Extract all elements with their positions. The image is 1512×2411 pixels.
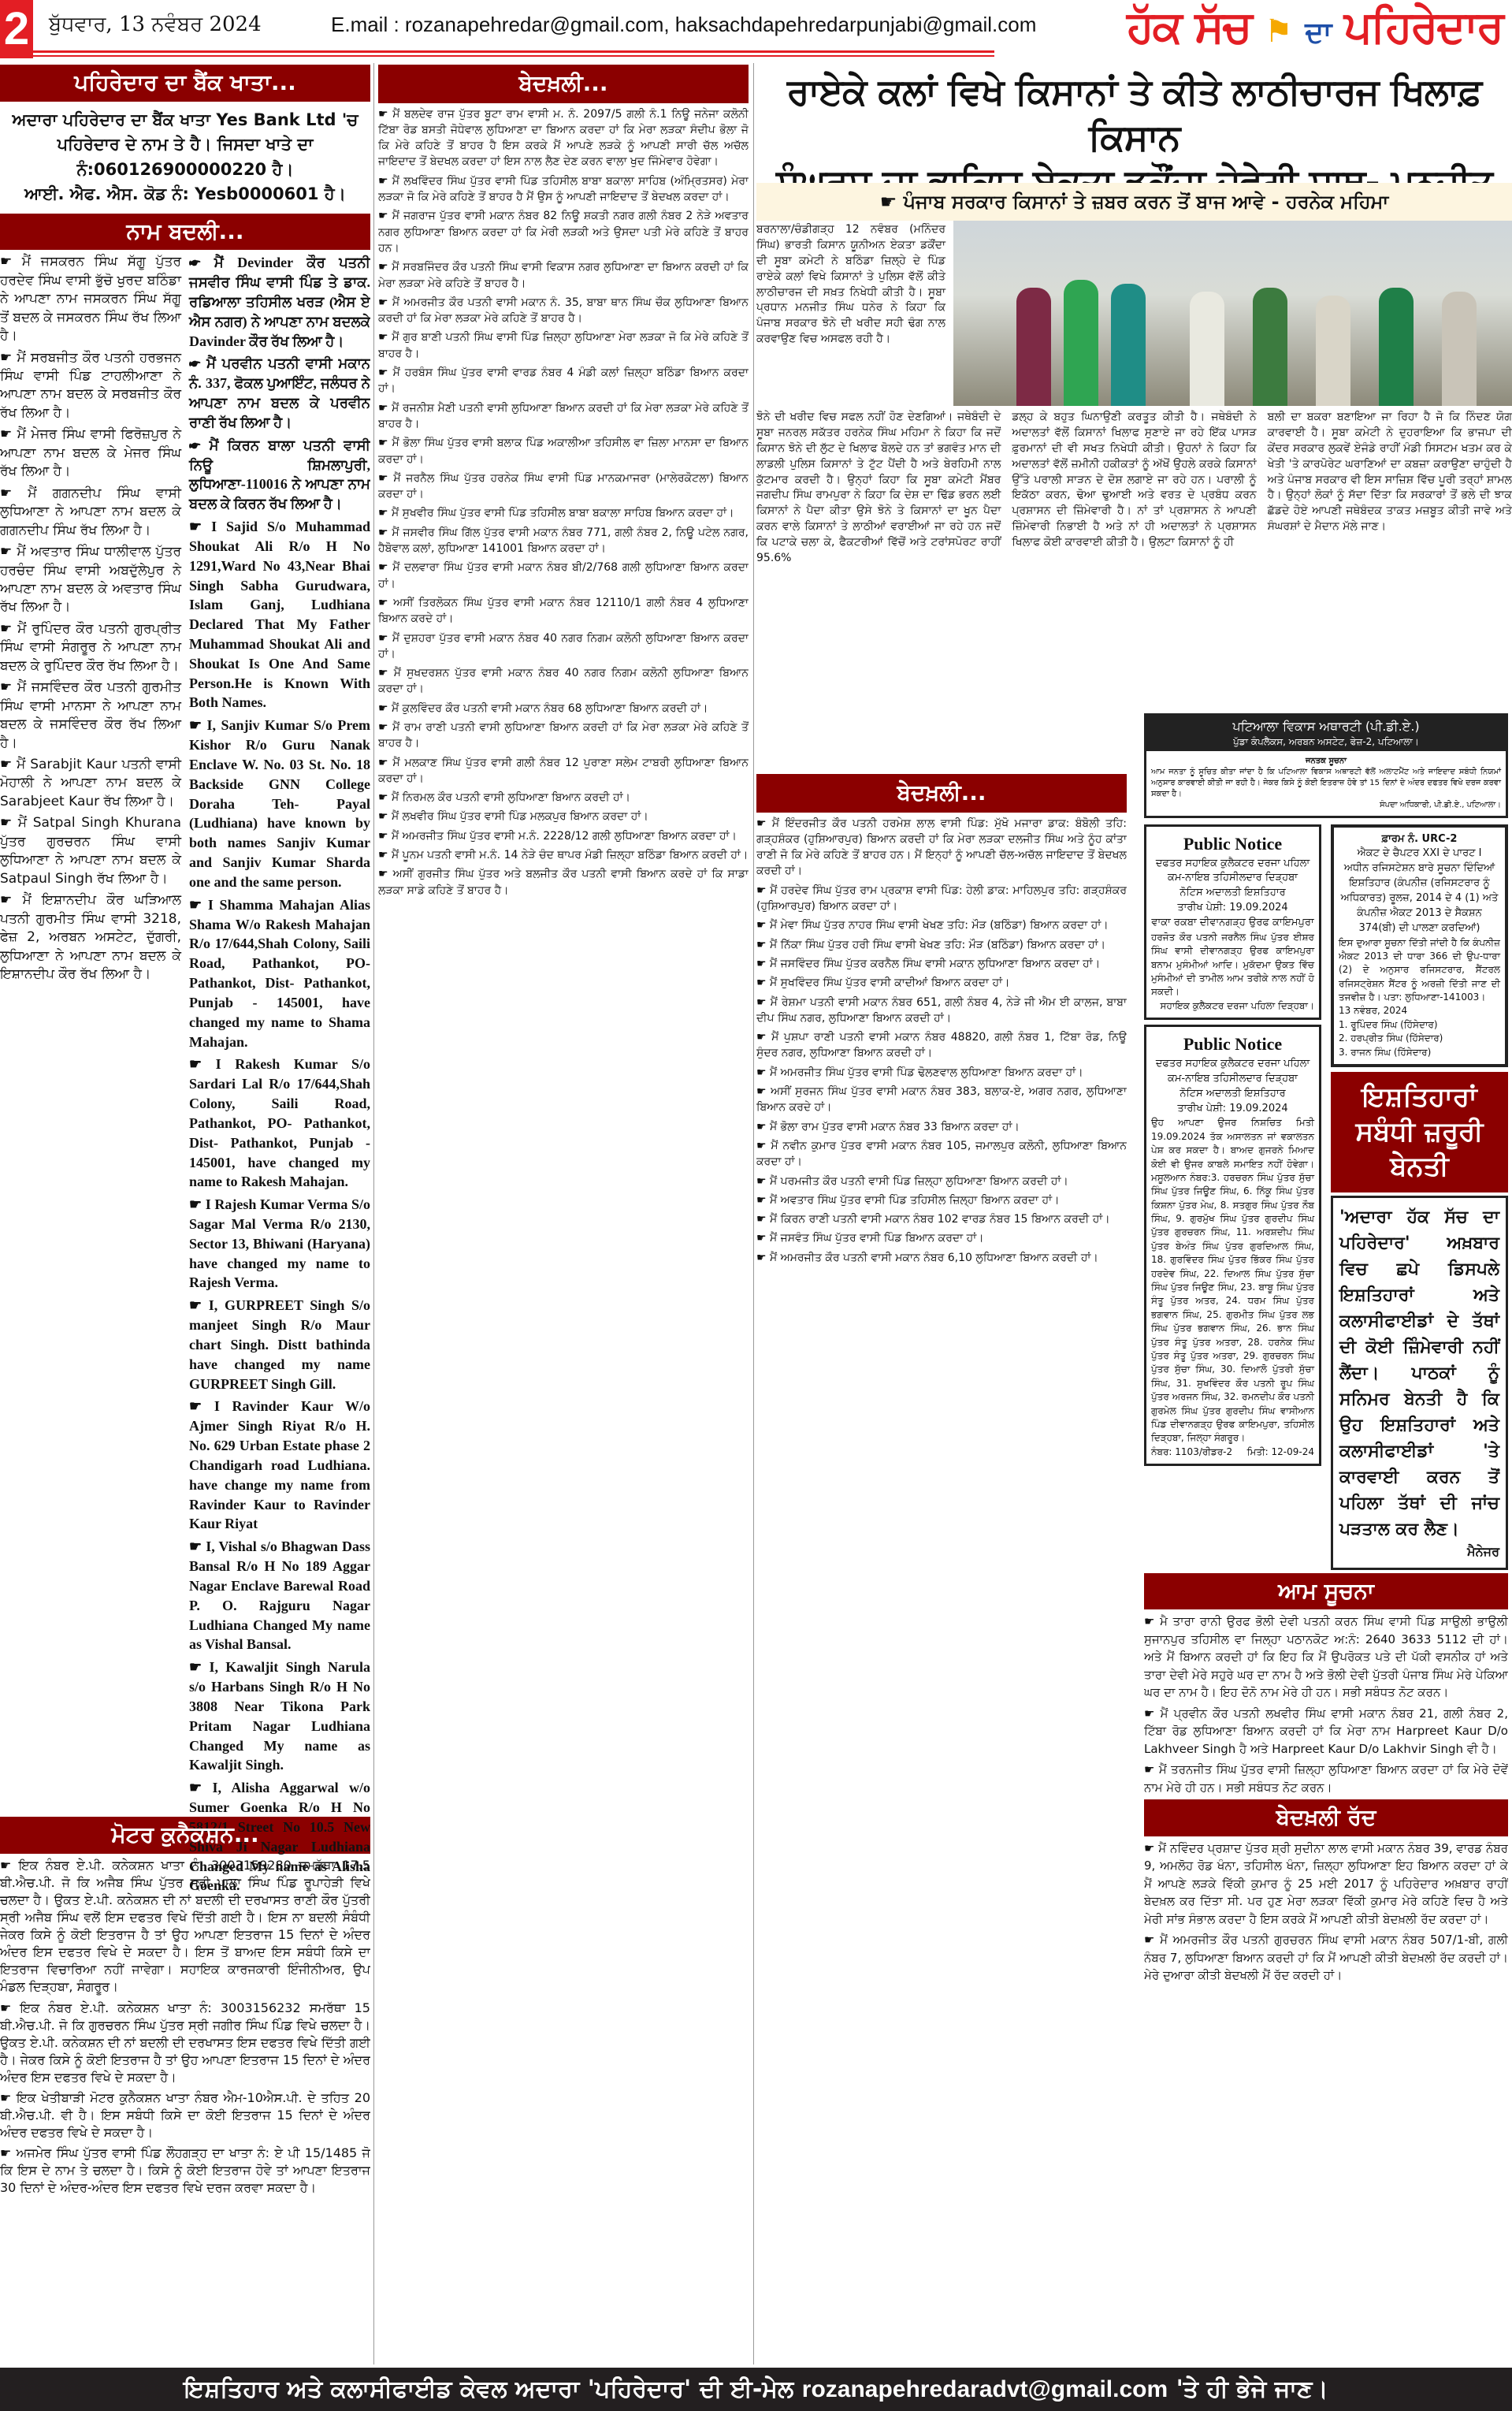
pda-signature: ਸੰਪਦਾ ਅਧਿਕਾਰੀ, ਪੀ.ਡੀ.ਏ., ਪਟਿਆਲਾ।: [1151, 800, 1501, 811]
right-ads-stack: ਫ਼ਾਰਮ ਨੰ. URC-2 ਐਕਟ ਦੇ ਚੈਪਟਰ XXI ਦੇ ਪਾਰਟ…: [1331, 824, 1508, 1570]
person-figure: [1064, 280, 1098, 406]
list-item: ☛ ਮੈਂ ਗੁਰ ਬਾਣੀ ਪਤਨੀ ਸਿੰਘ ਵਾਸੀ ਪਿੰਡ ਜ਼ਿਲ੍…: [378, 329, 749, 362]
person-figure: [1316, 296, 1350, 406]
page-number: 2: [0, 0, 33, 58]
list-item: ☛ ਮੈਂ ਅਵਤਾਰ ਸਿੰਘ ਪੁੱਤਰ ਵਾਸੀ ਪਿੰਡ ਤਹਿਸੀਲ …: [756, 1192, 1127, 1208]
logo-text: ਦਾ: [1305, 17, 1330, 49]
column-divider: [753, 63, 754, 2364]
person-figure: [1190, 292, 1224, 406]
section-heading-bedakhli: ਬੇਦਖ਼ਲੀ...: [378, 65, 749, 103]
public-notice-2: Public Notice ਦਫਤਰ ਸਹਾਇਕ ਕੁਲੈਕਟਰ ਦਰਜਾ ਪਹ…: [1144, 1025, 1321, 1466]
flag-icon: ⚑: [1265, 13, 1291, 50]
list-item: ☛ ਮੈਂ ਜਗਰਾਜ ਪੁੱਤਰ ਵਾਸੀ ਮਕਾਨ ਨੰਬਰ 82 ਨਿਊ …: [378, 208, 749, 256]
section-heading-general-notice: ਆਮ ਸੂਚਨਾ: [1144, 1573, 1508, 1610]
list-item: ☛ ਮੈਂ ਨਿਰਮਲ ਕੌਰ ਪਤਨੀ ਵਾਸੀ ਲੁਧਿਆਣਾ ਬਿਆਨ ਕ…: [378, 790, 749, 806]
notice-date: ਤਾਰੀਖ ਪੇਸ਼ੀ: 19.09.2024: [1151, 901, 1314, 916]
article-col: ਬਲੀ ਦਾ ਬਕਰਾ ਬਣਾਇਆ ਜਾ ਰਿਹਾ ਹੈ ਜੋ ਕਿ ਨਿੰਦਣ…: [1268, 410, 1512, 567]
list-item: ☛ ਮੈਂ ਜਸਵਿੰਦਰ ਕੌਰ ਪਤਨੀ ਗੁਰਮੀਤ ਸਿੰਘ ਵਾਸੀ …: [0, 679, 181, 753]
logo-text: ਪਹਿਰੇਦਾਰ: [1344, 2, 1503, 53]
list-item: ☛ ਮੈਂ ਜਰਨੈਲ ਸਿੰਘ ਪੁੱਤਰ ਹਰਨੇਕ ਸਿੰਘ ਵਾਸੀ ਪ…: [378, 471, 749, 503]
ad-request-heading: ਇਸ਼ਤਿਹਾਰਾਂ ਸਬੰਧੀ ਜ਼ਰੂਰੀ ਬੇਨਤੀ: [1331, 1072, 1508, 1192]
column-divider: [373, 63, 374, 2364]
list-item: ☛ ਮੈਂ ਭੋਲਾ ਰਾਮ ਪੁੱਤਰ ਵਾਸੀ ਮਕਾਨ ਨੰਬਰ 33 ਬ…: [756, 1119, 1127, 1135]
notice-number: ਨੰਬਰ: 1103/ਰੀਡਰ-2: [1151, 1445, 1232, 1459]
news-photo: [953, 221, 1512, 406]
masthead: 2 ਬੁੱਧਵਾਰ, 13 ਨਵੰਬਰ 2024 E.mail : rozana…: [0, 0, 1512, 61]
urc-signatory: 3. ਰਾਜਨ ਸਿੰਘ (ਹਿੱਸੇਦਾਰ): [1339, 1046, 1500, 1059]
list-item: ☛ ਮੈਂ ਪੁਸ਼ਪਾ ਰਾਣੀ ਪਤਨੀ ਵਾਸੀ ਮਕਾਨ ਨੰਬਰ 48…: [756, 1029, 1127, 1062]
notice-office: ਦਫਤਰ ਸਹਾਇਕ ਕੁਲੈਕਟਰ ਦਰਜਾ ਪਹਿਲਾ ਕਮ-ਨਾਇਬ ਤਹ…: [1151, 857, 1314, 887]
general-notice-listings: ☛ ਮੈ ਤਾਰਾ ਰਾਨੀ ਉਰਫ ਭੋਲੀ ਦੇਵੀ ਪਤਨੀ ਕਰਨ ਸਿ…: [1144, 1613, 1508, 1796]
section-heading-bedakhli-rad: ਬੇਦਖ਼ਲੀ ਰੱਦ: [1144, 1799, 1508, 1836]
list-item: ☛ ਮੈਂ ਜਸਵੰਤ ਸਿੰਘ ਪੁੱਤਰ ਵਾਸੀ ਪਿੰਡ ਬਿਆਨ ਕਰ…: [756, 1230, 1127, 1246]
ad-request-box: 'ਅਦਾਰਾ ਹੱਕ ਸੱਚ ਦਾ ਪਹਿਰੇਦਾਰ' ਅਖ਼ਬਾਰ ਵਿਚ ਛ…: [1331, 1196, 1508, 1570]
notice-footer: ਨੰਬਰ: 1103/ਰੀਡਰ-2 ਮਿਤੀ: 12-09-24: [1151, 1445, 1314, 1459]
list-item: ☛ I, Vishal s/o Bhagwan Dass Bansal R/o …: [189, 1537, 370, 1654]
footer-banner: ਇਸ਼ਤਿਹਾਰ ਅਤੇ ਕਲਾਸੀਫਾਈਡ ਕੇਵਲ ਅਦਾਰਾ 'ਪਹਿਰੇ…: [0, 2368, 1512, 2411]
list-item: ☛ ਅਸੀਂ ਤਿਰਲੋਕਨ ਸਿੰਘ ਪੁੱਤਰ ਵਾਸੀ ਮਕਾਨ ਨੰਬਰ…: [378, 595, 749, 627]
headline-line: ਰਾਏਕੇ ਕਲਾਂ ਵਿਖੇ ਕਿਸਾਨਾਂ ਤੇ ਕੀਤੇ ਲਾਠੀਚਾਰਜ…: [756, 69, 1512, 160]
ad-request-body: 'ਅਦਾਰਾ ਹੱਕ ਸੱਚ ਦਾ ਪਹਿਰੇਦਾਰ' ਅਖ਼ਬਾਰ ਵਿਚ ਛ…: [1339, 1204, 1499, 1542]
list-item: ☛ ਮੈਂ ਇਸ਼ਾਨਦੀਪ ਕੌਰ ਘੜਿਆਲ ਪਤਨੀ ਗੁਰਮੀਤ ਸਿੰ…: [0, 891, 181, 984]
right-inner-column: ਬੇਦਖ਼ਲੀ... ☛ ਮੈਂ ਇੰਦਰਜੀਤ ਕੌਰ ਪਤਨੀ ਹਰਮੇਸ਼…: [756, 771, 1127, 2363]
name-change-listings: ☛ ਮੈਂ ਜਸਕਰਨ ਸਿੰਘ ਸੱਗੂ ਪੁੱਤਰ ਹਰਦੇਵ ਸਿੰਘ ਵ…: [0, 253, 370, 1814]
urc-line: ਇਸ਼ਤਿਹਾਰ (ਕੰਪਨੀਜ਼ (ਰਜਿਸਟਰਾਰ ਨੂੰ ਅਧਿਕਾਰਤ)…: [1339, 876, 1500, 936]
list-item: ☛ ਮੈਂ ਪ੍ਰਵੀਨ ਕੌਰ ਪਤਨੀ ਲਖਵੀਰ ਸਿੰਘ ਵਾਸੀ ਮਕ…: [1144, 1705, 1508, 1758]
notice-type: ਨੋਟਿਸ ਅਦਾਲਤੀ ਇਸ਼ਤਿਹਾਰ: [1151, 886, 1314, 901]
notice-date-footer: ਮਿਤੀ: 12-09-24: [1247, 1445, 1314, 1459]
urc-date: 13 ਨਵੰਬਰ, 2024: [1339, 1004, 1500, 1018]
notice-sign: ਸਹਾਇਕ ਕੁਲੈਕਟਰ ਦਰਜਾ ਪਹਿਲਾ ਦਿੜ੍ਹਬਾ।: [1151, 999, 1314, 1013]
person-figure: [1379, 288, 1414, 406]
header-rule: [33, 50, 994, 53]
list-item: ☛ ਮੈਂ ਜਸਕਰਨ ਸਿੰਘ ਸੱਗੂ ਪੁੱਤਰ ਹਰਦੇਵ ਸਿੰਘ ਵ…: [0, 253, 181, 345]
list-item: ☛ ਮੈਂ Devinder ਕੌਰ ਪਤਨੀ ਜਸਵੀਰ ਸਿੰਘ ਵਾਸੀ …: [189, 253, 370, 351]
list-item: ☛ ਮੈਂ ਅਮਰਜੀਤ ਸਿੰਘ ਪੁੱਤਰ ਵਾਸੀ ਪਿੰਡ ਢੋਲਣਵਾ…: [756, 1065, 1127, 1081]
bedakhli-rad-listings: ☛ ਮੈਂ ਨਵਿੰਦਰ ਪ੍ਰਸ਼ਾਦ ਪੁੱਤਰ ਸ਼੍ਰੀ ਸੁਦੀਨਾ …: [1144, 1840, 1508, 1985]
list-item: ☛ ਮੈਂ ਤਰਨਜੀਤ ਸਿੰਘ ਪੁੱਤਰ ਵਾਸੀ ਜ਼ਿਲ੍ਹਾ ਲੁਧ…: [1144, 1761, 1508, 1796]
footer-email-link[interactable]: rozanapehredaradvt@gmail.com: [802, 2376, 1168, 2402]
public-notice-title: Public Notice: [1151, 1032, 1314, 1057]
list-item: ☛ ਇਕ ਨੰਬਰ ਏ.ਪੀ. ਕਨੇਕਸ਼ਨ ਖਾਤਾ ਨੰ: 3003156…: [0, 2000, 370, 2086]
footer-text: ਇਸ਼ਤਿਹਾਰ ਅਤੇ ਕਲਾਸੀਫਾਈਡ ਕੇਵਲ ਅਦਾਰਾ 'ਪਹਿਰੇ…: [184, 2376, 793, 2403]
list-item: ☛ ਮੈਂ ਅਮਰਜੀਤ ਕੌਰ ਪਤਨੀ ਗੁਰਚਰਨ ਸਿੰਘ ਵਾਸੀ ਮ…: [1144, 1931, 1508, 1985]
urc-form: ਫ਼ਾਰਮ ਨੰ. URC-2: [1339, 832, 1500, 847]
pda-text: ਆਮ ਜਨਤਾ ਨੂੰ ਸੂਚਿਤ ਕੀਤਾ ਜਾਂਦਾ ਹੈ ਕਿ ਪਟਿਆਲ…: [1151, 767, 1501, 800]
name-change-col-left: ☛ ਮੈਂ ਜਸਕਰਨ ਸਿੰਘ ਸੱਗੂ ਪੁੱਤਰ ਹਰਦੇਵ ਸਿੰਘ ਵ…: [0, 253, 181, 1814]
list-item: ☛ ਮੈਂ ਸੁਖਦਰਸ਼ਨ ਪੁੱਤਰ ਵਾਸੀ ਮਕਾਨ ਨੰਬਰ 40 ਨ…: [378, 665, 749, 698]
notice-body: ਹਰਜੋਤ ਕੌਰ ਪਤਨੀ ਜਰਨੈਲ ਸਿੰਘ ਪੁੱਤਰ ਈਸ਼ਰ ਸਿੰ…: [1151, 931, 1314, 999]
list-item: ☛ ਅਜਮੇਰ ਸਿੰਘ ਪੁੱਤਰ ਵਾਸੀ ਪਿੰਡ ਲੌਹਗੜ੍ਹ ਦਾ …: [0, 2145, 370, 2197]
list-item: ☛ ਮੈਂ ਬਲਦੇਵ ਰਾਜ ਪੁੱਤਰ ਬੂਟਾ ਰਾਮ ਵਾਸੀ ਮ. ਨ…: [378, 106, 749, 170]
person-figure: [1016, 288, 1051, 406]
list-item: ☛ ਮੈਂ ਰਾਮ ਰਾਣੀ ਪਤਨੀ ਵਾਸੀ ਲੁਧਿਆਣਾ ਬਿਆਨ ਕਰ…: [378, 720, 749, 752]
list-item: ☛ ਮੈਂ ਮਲਕਾਣ ਸਿੰਘ ਪੁੱਤਰ ਵਾਸੀ ਗਲੀ ਨੰਬਰ 12 …: [378, 755, 749, 787]
list-item: ☛ ਮੈਂ ਲਖਵੀਰ ਸਿੰਘ ਪੁੱਤਰ ਵਾਸੀ ਪਿੰਡ ਮਲਕਪੁਰ …: [378, 809, 749, 824]
notices-row: Public Notice ਦਫਤਰ ਸਹਾਇਕ ਕੁਲੈਕਟਰ ਦਰਜਾ ਪਹ…: [1144, 824, 1508, 1570]
ad-request-sign: ਮੈਨੇਜਰ: [1339, 1542, 1499, 1561]
notice-subject: ਵਾਕਾ ਰਕਬਾ ਦੀਵਾਨਗੜ੍ਹ ਉਰਫ ਕਾਇਮਪੁਰਾ: [1151, 916, 1314, 931]
list-item: ☛ ਮੈਂ ਅਮਰਜੀਤ ਕੌਰ ਪਤਨੀ ਵਾਸੀ ਮਕਾਨ ਨੰਬਰ 6,1…: [756, 1250, 1127, 1266]
notice-office: ਦਫਤਰ ਸਹਾਇਕ ਕੁਲੈਕਟਰ ਦਰਜਾ ਪਹਿਲਾ ਕਮ-ਨਾਇਬ ਤਹ…: [1151, 1057, 1314, 1087]
urc-signatory: 1. ਰੂਪਿੰਦਰ ਸਿੰਘ (ਹਿੱਸੇਦਾਰ): [1339, 1018, 1500, 1032]
notice-date: ਤਾਰੀਖ ਪੇਸ਼ੀ: 19.09.2024: [1151, 1102, 1314, 1117]
list-item: ☛ ਮੈਂ ਕਿਰਨ ਬਾਲਾ ਪਤਨੀ ਵਾਸੀ ਨਿਊ ਸ਼ਿਮਲਾਪੁਰੀ…: [189, 436, 370, 514]
list-item: ☛ ਇਕ ਖੇਤੀਬਾੜੀ ਮੋਟਰ ਕੁਨੈਕਸ਼ਨ ਖਾਤਾ ਨੰਬਰ ਐਮ…: [0, 2089, 370, 2141]
pda-subtitle-text: ਪੁੱਡਾ ਕੰਪਲੈਕਸ, ਅਰਬਨ ਅਸਟੇਟ, ਫੇਜ਼-2, ਪਟਿਆਲ…: [1149, 735, 1503, 749]
list-item: ☛ ਮੈਂ ਪਰਮਜੀਤ ਕੌਰ ਪਤਨੀ ਵਾਸੀ ਪਿੰਡ ਜ਼ਿਲ੍ਹਾ …: [756, 1174, 1127, 1189]
list-item: ☛ ਮੈਂ ਜਸਵੀਰ ਸਿੰਘ ਗਿੱਲ ਪੁੱਤਰ ਵਾਸੀ ਮਕਾਨ ਨੰ…: [378, 525, 749, 557]
header-rule: [33, 55, 994, 57]
notice-type: ਨੋਟਿਸ ਅਦਾਲਤੀ ਇਸ਼ਤਿਹਾਰ: [1151, 1087, 1314, 1102]
pda-title: ਪਟਿਆਲਾ ਵਿਕਾਸ ਅਥਾਰਟੀ (ਪੀ.ਡੀ.ਏ.) ਪੁੱਡਾ ਕੰਪ…: [1146, 716, 1506, 751]
urc-line: ਅਧੀਨ ਰਜਿਸਟੇਸ਼ਨ ਬਾਰੇ ਸੂਚਨਾ ਦਿੰਦਿਆਂ: [1339, 861, 1500, 876]
pda-body: ਜਨਤਕ ਸੂਚਨਾ ਆਮ ਜਨਤਾ ਨੂੰ ਸੂਚਿਤ ਕੀਤਾ ਜਾਂਦਾ …: [1146, 751, 1506, 816]
list-item: ☛ ਮੈਂ ਲਖਵਿੰਦਰ ਸਿੰਘ ਪੁੱਤਰ ਵਾਸੀ ਪਿੰਡ ਤਹਿਸੀ…: [378, 173, 749, 206]
issue-date: ਬੁੱਧਵਾਰ, 13 ਨਵੰਬਰ 2024: [49, 13, 262, 37]
lead-subheadline: ☛ ਪੰਜਾਬ ਸਰਕਾਰ ਕਿਸਾਨਾਂ ਤੇ ਜ਼ਬਰ ਕਰਨ ਤੋਂ ਬਾ…: [756, 183, 1512, 221]
motor-connection-listings: ☛ ਇਕ ਨੰਬਰ ਏ.ਪੀ. ਕਨੇਕਸ਼ਨ ਖਾਤਾ ਨੰ: 3003159…: [0, 1857, 370, 2197]
list-item: ☛ I Ravinder Kaur W/o Ajmer Singh Riyat …: [189, 1397, 370, 1534]
list-item: ☛ ਮੈਂ ਰੁਪਿੰਦਰ ਕੌਰ ਪਤਨੀ ਗੁਰਪ੍ਰੀਤ ਸਿੰਘ ਵਾਸ…: [0, 620, 181, 675]
list-item: ☛ ਮੈਂ ਹਰਦੇਵ ਸਿੰਘ ਪੁੱਤਰ ਰਾਮ ਪ੍ਰਕਾਸ਼ ਵਾਸੀ …: [756, 883, 1127, 915]
newspaper-logo: ਹੱਕ ਸੱਚ ⚑ ਦਾ ਪਹਿਰੇਦਾਰ: [1127, 2, 1503, 54]
list-item: ☛ I Sajid S/o Muhammad Shoukat Ali R/o H…: [189, 517, 370, 713]
list-item: ☛ ਮੈਂ ਸੁਖਵੀਰ ਸਿੰਘ ਪੁੱਤਰ ਵਾਸੀ ਪਿੰਡ ਤਹਿਸੀਲ…: [378, 505, 749, 521]
list-item: ☛ ਮੈਂ ਸਰਬਜਿੰਦਰ ਕੌਰ ਪਤਨੀ ਸਿੰਘ ਵਾਸੀ ਵਿਕਾਸ …: [378, 259, 749, 292]
list-item: ☛ ਮੈਂ ਹਰਬੰਸ ਸਿੰਘ ਪੁੱਤਰ ਵਾਸੀ ਵਾਰਡ ਨੰਬਰ 4 …: [378, 365, 749, 397]
name-change-col-right: ☛ ਮੈਂ Devinder ਕੌਰ ਪਤਨੀ ਜਸਵੀਰ ਸਿੰਘ ਵਾਸੀ …: [189, 253, 370, 1814]
urc-line: ਐਕਟ ਦੇ ਚੈਪਟਰ XXI ਦੇ ਪਾਰਟ I: [1339, 846, 1500, 861]
article-col: ਝੋਨੇ ਦੀ ਖਰੀਦ ਵਿਚ ਸਫਲ ਨਹੀਂ ਹੋਣ ਦੇਣਗਿਆਂ। ਜ…: [756, 410, 1001, 567]
list-item: ☛ ਅਸੀਂ ਗੁਰਜੀਤ ਸਿੰਘ ਪੁੱਤਰ ਅਤੇ ਬਲਜੀਤ ਕੌਰ ਪ…: [378, 866, 749, 899]
list-item: ☛ ਮੈਂ ਪਰਵੀਨ ਪਤਨੀ ਵਾਸੀ ਮਕਾਨ ਨੰ. 337, ਫੋਕਲ…: [189, 354, 370, 432]
list-item: ☛ ਮੈਂ ਦੁਸ਼ਹਰਾ ਪੁੱਤਰ ਵਾਸੀ ਮਕਾਨ ਨੰਬਰ 40 ਨਗ…: [378, 631, 749, 663]
contact-email[interactable]: E.mail : rozanapehredar@gmail.com, haksa…: [331, 13, 1036, 37]
list-item: ☛ ਮੈਂ ਇੰਦਰਜੀਤ ਕੌਰ ਪਤਨੀ ਹਰਮੇਸ਼ ਲਾਲ ਵਾਸੀ ਪ…: [756, 816, 1127, 880]
list-item: ☛ I, GURPREET Singh S/o manjeet Singh R/…: [189, 1296, 370, 1393]
section-heading-name-change: ਨਾਮ ਬਦਲੀ...: [0, 214, 370, 251]
person-figure: [1111, 284, 1146, 406]
person-figure: [1253, 288, 1287, 406]
pda-title-text: ਪਟਿਆਲਾ ਵਿਕਾਸ ਅਥਾਰਟੀ (ਪੀ.ਡੀ.ਏ.): [1149, 718, 1503, 735]
pda-notice: ਪਟਿਆਲਾ ਵਿਕਾਸ ਅਥਾਰਟੀ (ਪੀ.ਡੀ.ਏ.) ਪੁੱਡਾ ਕੰਪ…: [1144, 713, 1508, 818]
list-item: ☛ ਮੈਂ ਦਲਵਾਰਾ ਸਿੰਘ ਪੁੱਤਰ ਵਾਸੀ ਮਕਾਨ ਨੰਬਰ ਬ…: [378, 560, 749, 592]
article-columns: ਝੋਨੇ ਦੀ ਖਰੀਦ ਵਿਚ ਸਫਲ ਨਹੀਂ ਹੋਣ ਦੇਣਗਿਆਂ। ਜ…: [756, 410, 1512, 567]
list-item: ☛ ਮੈਂ ਸੁਖਵਿੰਦਰ ਸਿੰਘ ਪੁੱਤਰ ਵਾਸੀ ਕਾਦੀਆਂ ਬਿ…: [756, 975, 1127, 991]
list-item: ☛ ਮੈਂ ਅਮਰਜੀਤ ਸਿੰਘ ਪੁੱਤਰ ਵਾਸੀ ਮ.ਨੰ. 2228/…: [378, 828, 749, 844]
list-item: ☛ ਮੈਂ Sarabjit Kaur ਪਤਨੀ ਵਾਸੀ ਮੋਹਾਲੀ ਨੇ …: [0, 756, 181, 811]
pda-heading: ਜਨਤਕ ਸੂਚਨਾ: [1151, 756, 1501, 767]
person-figure: [1442, 292, 1477, 406]
urc-signatory: 2. ਹਰਪ੍ਰੀਤ ਸਿੰਘ (ਹਿੱਸੇਦਾਰ): [1339, 1032, 1500, 1045]
logo-text: ਹੱਕ ਸੱਚ: [1127, 2, 1250, 53]
section-heading-bank: ਪਹਿਰੇਦਾਰ ਦਾ ਬੈਂਕ ਖਾਤਾ...: [0, 65, 370, 102]
section-heading-bedakhli-right: ਬੇਦਖ਼ਲੀ...: [756, 774, 1127, 813]
list-item: ☛ ਮੈਂ Satpal Singh Khurana ਪੁੱਤਰ ਗੁਰਚਰਨ …: [0, 814, 181, 888]
list-item: ☛ I Rajesh Kumar Verma S/o Sagar Mal Ver…: [189, 1195, 370, 1293]
list-item: ☛ I, Sanjiv Kumar S/o Prem Kishor R/o Gu…: [189, 716, 370, 891]
bank-account-info: ਅਦਾਰਾ ਪਹਿਰੇਦਾਰ ਦਾ ਬੈਂਕ ਖਾਤਾ Yes Bank Ltd…: [0, 105, 370, 210]
article-col: ਡਲ੍ਹ ਕੇ ਬਹੁਤ ਘਿਨਾਉਣੀ ਕਰਤੂਤ ਕੀਤੀ ਹੈ। ਜਥੇਬ…: [1012, 410, 1256, 567]
public-notice-1: Public Notice ਦਫਤਰ ਸਹਾਇਕ ਕੁਲੈਕਟਰ ਦਰਜਾ ਪਹ…: [1144, 824, 1321, 1020]
article-intro: ਬਰਨਾਲਾ/ਚੰਡੀਗੜ੍ਹ 12 ਨਵੰਬਰ (ਮਨਿੰਦਰ ਸਿੰਘ) ਭ…: [756, 222, 945, 348]
ifsc-text: ਆਈ. ਐਫ. ਐਸ. ਕੋਡ ਨੰ: Yesb0000601 ਹੈ।: [5, 182, 366, 207]
list-item: ☛ ਮੈਂ ਕੁਲਵਿੰਦਰ ਕੌਰ ਪਤਨੀ ਵਾਸੀ ਮਕਾਨ ਨੰਬਰ 6…: [378, 701, 749, 716]
list-item: ☛ I Rakesh Kumar S/o Sardari Lal R/o 17/…: [189, 1055, 370, 1192]
list-item: ☛ ਮੈਂ ਰੇਸ਼ਮਾ ਪਤਨੀ ਵਾਸੀ ਮਕਾਨ ਨੰਬਰ 651, ਗਲ…: [756, 995, 1127, 1027]
public-notice-title: Public Notice: [1151, 832, 1314, 857]
public-notices-stack: Public Notice ਦਫਤਰ ਸਹਾਇਕ ਕੁਲੈਕਟਰ ਦਰਜਾ ਪਹ…: [1144, 824, 1321, 1570]
list-item: ☛ ਮੈਂ ਨਵੀਨ ਕੁਮਾਰ ਪੁੱਤਰ ਵਾਸੀ ਮਕਾਨ ਨੰਬਰ 10…: [756, 1138, 1127, 1170]
list-item: ☛ ਮੈ ਤਾਰਾ ਰਾਨੀ ਉਰਫ ਭੋਲੀ ਦੇਵੀ ਪਤਨੀ ਕਰਨ ਸਿ…: [1144, 1613, 1508, 1702]
urc-body: ਇਸ ਦੁਆਰਾ ਸੂਚਨਾ ਦਿੱਤੀ ਜਾਂਦੀ ਹੈ ਕਿ ਕੰਪਨੀਜ਼…: [1339, 936, 1500, 1005]
list-item: ☛ ਮੈਂ ਅਮਰਜੀਤ ਕੌਰ ਪਤਨੀ ਵਾਸੀ ਮਕਾਨ ਨੰ. 35, …: [378, 295, 749, 327]
list-item: ☛ ਮੈਂ ਰਜਨੀਸ਼ ਮੈਣੀ ਪਤਨੀ ਵਾਸੀ ਲੁਧਿਆਣਾ ਬਿਆਨ…: [378, 400, 749, 433]
notice-body: ਉਹ ਆਪਣਾ ਉਜਰ ਨਿਸ਼ਚਿਤ ਮਿਤੀ 19.09.2024 ਤੱਕ …: [1151, 1116, 1314, 1445]
list-item: ☛ ਮੈਂ ਸਰਬਜੀਤ ਕੌਰ ਪਤਨੀ ਹਰਭਜਨ ਸਿੰਘ ਵਾਸੀ ਪਿ…: [0, 349, 181, 423]
list-item: ☛ ਮੈਂ ਨਿੱਕਾ ਸਿੰਘ ਪੁੱਤਰ ਹਰੀ ਸਿੰਘ ਵਾਸੀ ਖੇਖ…: [756, 937, 1127, 953]
list-item: ☛ ਮੈਂ ਭੋਲਾ ਸਿੰਘ ਪੁੱਤਰ ਵਾਸੀ ਬਲਾਕ ਪਿੰਡ ਅਕਾ…: [378, 435, 749, 467]
urc2-notice: ਫ਼ਾਰਮ ਨੰ. URC-2 ਐਕਟ ਦੇ ਚੈਪਟਰ XXI ਦੇ ਪਾਰਟ…: [1331, 824, 1508, 1067]
list-item: ☛ ਮੈਂ ਨਵਿੰਦਰ ਪ੍ਰਸ਼ਾਦ ਪੁੱਤਰ ਸ਼੍ਰੀ ਸੁਦੀਨਾ …: [1144, 1840, 1508, 1929]
list-item: ☛ ਮੈਂ ਗਗਨਦੀਪ ਸਿੰਘ ਵਾਸੀ ਲੁਧਿਆਣਾ ਨੇ ਆਪਣਾ ਨ…: [0, 485, 181, 540]
list-item: ☛ ਮੈਂ ਕਿਰਨ ਰਾਣੀ ਪਤਨੀ ਵਾਸੀ ਮਕਾਨ ਨੰਬਰ 102 …: [756, 1211, 1127, 1227]
ads-column: ਪਟਿਆਲਾ ਵਿਕਾਸ ਅਥਾਰਟੀ (ਪੀ.ਡੀ.ਏ.) ਪੁੱਡਾ ਕੰਪ…: [1144, 713, 1508, 2364]
list-item: ☛ ਮੈਂ ਮੇਵਾ ਸਿੰਘ ਪੁੱਤਰ ਨਾਹਰ ਸਿੰਘ ਵਾਸੀ ਖੇਖ…: [756, 917, 1127, 933]
list-item: ☛ ਅਸੀਂ ਸੁਰਜਨ ਸਿੰਘ ਪੁੱਤਰ ਵਾਸੀ ਮਕਾਨ ਨੰਬਰ 3…: [756, 1084, 1127, 1116]
left-column: ਪਹਿਰੇਦਾਰ ਦਾ ਬੈਂਕ ਖਾਤਾ... ਅਦਾਰਾ ਪਹਿਰੇਦਾਰ …: [0, 61, 370, 2363]
middle-column: ਬੇਦਖ਼ਲੀ... ☛ ਮੈਂ ਬਲਦੇਵ ਰਾਜ ਪੁੱਤਰ ਬੂਟਾ ਰਾ…: [378, 61, 749, 2363]
list-item: ☛ ਮੈਂ ਪੂਨਮ ਪਤਨੀ ਵਾਸੀ ਮ.ਨੰ. 14 ਨੇੜੇ ਚੰਦ ਥ…: [378, 847, 749, 863]
bank-account-text: ਅਦਾਰਾ ਪਹਿਰੇਦਾਰ ਦਾ ਬੈਂਕ ਖਾਤਾ Yes Bank Ltd…: [5, 108, 366, 183]
list-item: ☛ ਇਕ ਨੰਬਰ ਏ.ਪੀ. ਕਨੇਕਸ਼ਨ ਖਾਤਾ ਨੰ: 3003159…: [0, 1857, 370, 1996]
list-item: ☛ I Shamma Mahajan Alias Shama W/o Rakes…: [189, 895, 370, 1052]
list-item: ☛ ਮੈਂ ਮੇਜਰ ਸਿੰਘ ਵਾਸੀ ਫਿਰੋਜ਼ਪੁਰ ਨੇ ਆਪਣਾ ਨ…: [0, 426, 181, 481]
list-item: ☛ I, Kawaljit Singh Narula s/o Harbans S…: [189, 1658, 370, 1775]
footer-text: 'ਤੇ ਹੀ ਭੇਜੇ ਜਾਣ।: [1176, 2376, 1328, 2403]
list-item: ☛ ਮੈਂ ਅਵਤਾਰ ਸਿੰਘ ਧਾਲੀਵਾਲ ਪੁੱਤਰ ਹਰਚੰਦ ਸਿੰ…: [0, 543, 181, 617]
list-item: ☛ ਮੈਂ ਜਸਵਿੰਦਰ ਸਿੰਘ ਪੁੱਤਰ ਕਰਨੈਲ ਸਿੰਘ ਵਾਸੀ…: [756, 956, 1127, 972]
